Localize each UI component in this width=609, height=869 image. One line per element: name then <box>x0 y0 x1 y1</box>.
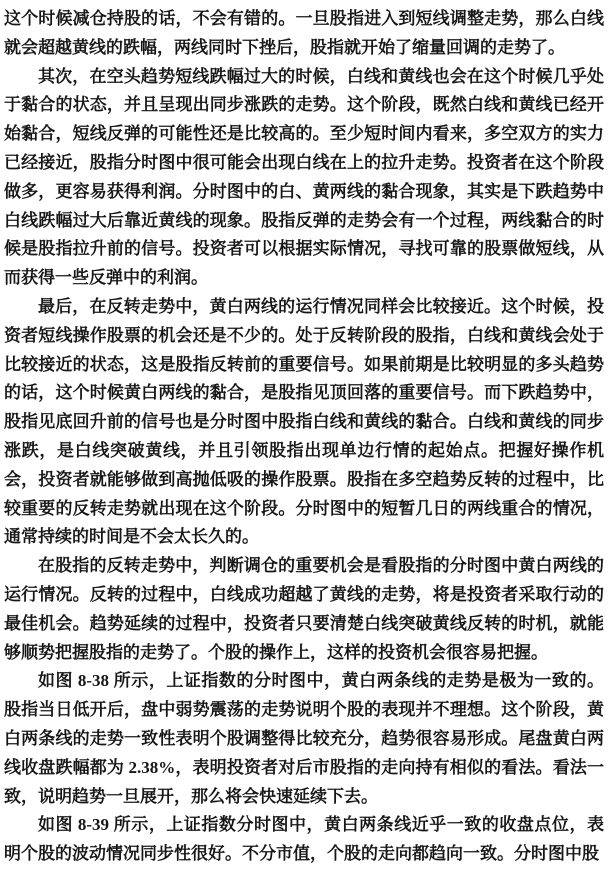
paragraph-reversal-summary: 在股指的反转走势中，判断调仓的重要机会是看股指的分时图中黄白两线的运行情况。反转… <box>4 552 604 667</box>
paragraph-second-point: 其次，在空头趋势短线跌幅过大的时候，白线和黄线也会在这个时候几乎处于黏合的状态，… <box>4 63 604 293</box>
book-page: 这个时候减仓持股的话，不会有错的。一旦股指进入到短线调整走势，那么白线就会超越黄… <box>0 0 609 869</box>
paragraph-continuation: 这个时候减仓持股的话，不会有错的。一旦股指进入到短线调整走势，那么白线就会超越黄… <box>4 5 604 63</box>
paragraph-figure-8-38: 如图 8-38 所示，上证指数的分时图中，黄白两条线的走势是极为一致的。股指当日… <box>4 667 604 811</box>
paragraph-last-point: 最后，在反转走势中，黄白两线的运行情况同样会比较接近。这个时候，投资者短线操作股… <box>4 293 604 552</box>
paragraph-figure-8-39: 如图 8-39 所示，上证指数分时图中，黄白两条线近乎一致的收盘点位，表明个股的… <box>4 811 604 869</box>
